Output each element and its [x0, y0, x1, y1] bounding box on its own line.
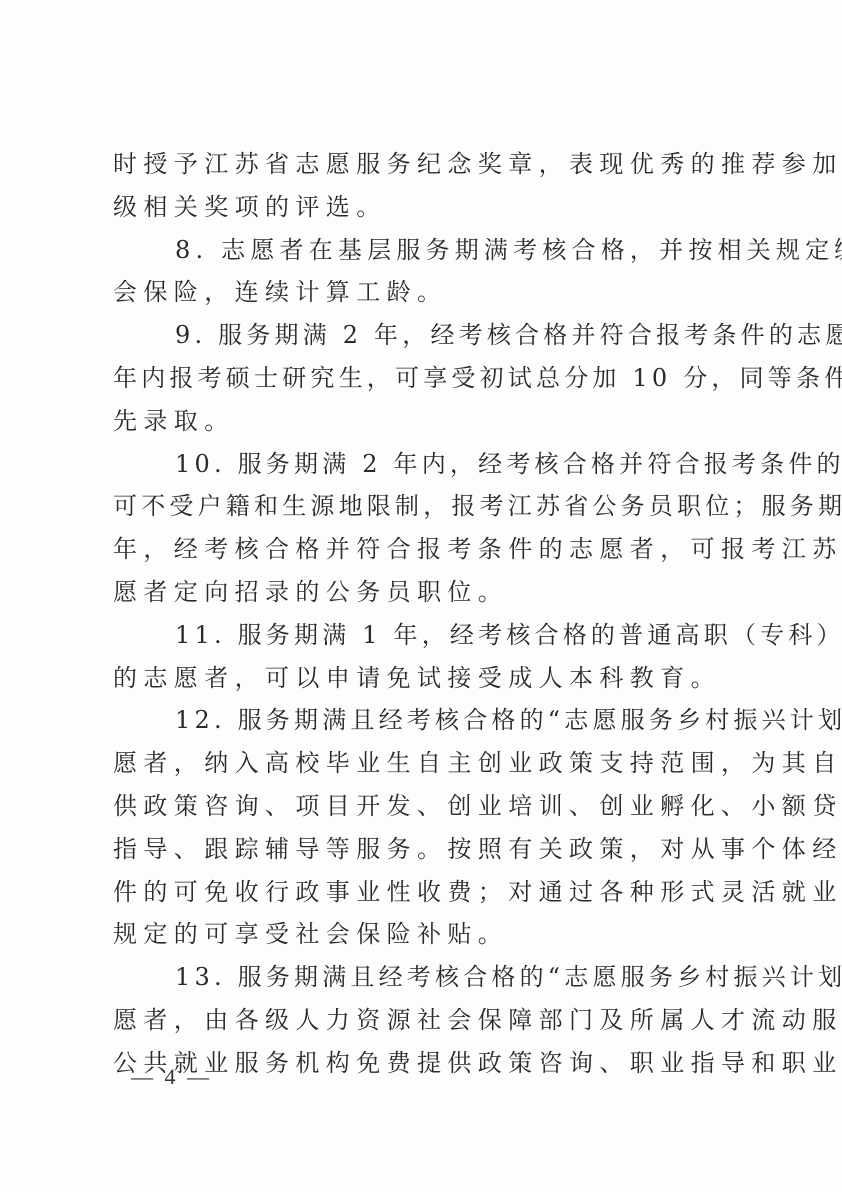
text-line: 级相关奖项的评选。 — [113, 186, 737, 229]
text-line: 13. 服务期满且经考核合格的“志愿服务乡村振兴计划”志 — [113, 956, 737, 999]
text-line: 可不受户籍和生源地限制，报考江苏省公务员职位；服务期满 1 — [113, 485, 737, 528]
text-line: 件的可免收行政事业性收费；对通过各种形式灵活就业的，符合 — [113, 871, 737, 914]
text-line: 会保险，连续计算工龄。 — [113, 271, 737, 314]
text-line: 8. 志愿者在基层服务期满考核合格，并按相关规定缴纳社 — [113, 229, 737, 272]
text-line: 年内报考硕士研究生，可享受初试总分加 10 分，同等条件下优 — [113, 357, 737, 400]
document-body: 时授予江苏省志愿服务纪念奖章，表现优秀的推荐参加全国和省 级相关奖项的评选。 8… — [113, 143, 737, 1085]
text-line: 11. 服务期满 1 年，经考核合格的普通高职（专科）或以上 — [113, 614, 737, 657]
page-number: — 4 — — [131, 1064, 212, 1090]
paragraph-10: 10. 服务期满 2 年内，经考核合格并符合报考条件的志愿者， 可不受户籍和生源… — [113, 443, 737, 614]
text-line: 时授予江苏省志愿服务纪念奖章，表现优秀的推荐参加全国和省 — [113, 143, 737, 186]
text-line: 供政策咨询、项目开发、创业培训、创业孵化、小额贷款、开业 — [113, 785, 737, 828]
text-line: 10. 服务期满 2 年内，经考核合格并符合报考条件的志愿者， — [113, 443, 737, 486]
paragraph-8: 8. 志愿者在基层服务期满考核合格，并按相关规定缴纳社 会保险，连续计算工龄。 — [113, 229, 737, 315]
paragraph-7-continued: 时授予江苏省志愿服务纪念奖章，表现优秀的推荐参加全国和省 级相关奖项的评选。 — [113, 143, 737, 229]
document-page: 时授予江苏省志愿服务纪念奖章，表现优秀的推荐参加全国和省 级相关奖项的评选。 8… — [0, 0, 842, 1192]
text-line: 9. 服务期满 2 年，经考核合格并符合报考条件的志愿者，3 — [113, 314, 737, 357]
text-line: 愿者定向招录的公务员职位。 — [113, 571, 737, 614]
text-line: 12. 服务期满且经考核合格的“志愿服务乡村振兴计划”志 — [113, 699, 737, 742]
text-line: 的志愿者，可以申请免试接受成人本科教育。 — [113, 657, 737, 700]
text-line: 愿者，纳入高校毕业生自主创业政策支持范围，为其自主创业提 — [113, 742, 737, 785]
text-line: 指导、跟踪辅导等服务。按照有关政策，对从事个体经营符合条 — [113, 828, 737, 871]
paragraph-9: 9. 服务期满 2 年，经考核合格并符合报考条件的志愿者，3 年内报考硕士研究生… — [113, 314, 737, 442]
paragraph-11: 11. 服务期满 1 年，经考核合格的普通高职（专科）或以上 的志愿者，可以申请… — [113, 614, 737, 700]
text-line: 规定的可享受社会保险补贴。 — [113, 913, 737, 956]
paragraph-12: 12. 服务期满且经考核合格的“志愿服务乡村振兴计划”志 愿者，纳入高校毕业生自… — [113, 699, 737, 956]
text-line: 愿者，由各级人力资源社会保障部门及所属人才流动服务机构、 — [113, 999, 737, 1042]
text-line: 先录取。 — [113, 400, 737, 443]
text-line: 年，经考核合格并符合报考条件的志愿者，可报考江苏省面向志 — [113, 528, 737, 571]
